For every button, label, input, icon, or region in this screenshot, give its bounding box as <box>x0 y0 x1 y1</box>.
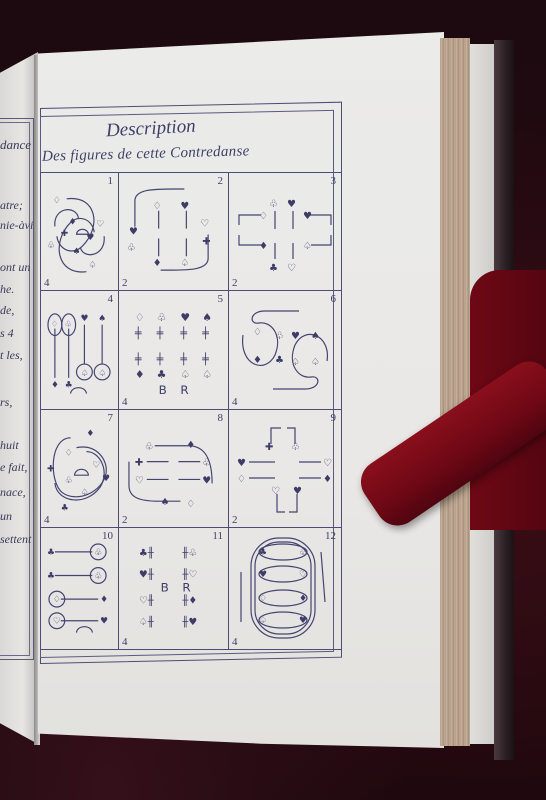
svg-text:♦: ♦ <box>259 241 268 252</box>
figures-grid: 1 4 ♢ ♦ ♡ ♥ ✚ ♠ ♧ ♤ 2 2 <box>40 172 342 650</box>
svg-text:✚: ✚ <box>47 464 54 474</box>
svg-text:✚: ✚ <box>202 236 210 247</box>
svg-text:♡: ♡ <box>53 617 61 627</box>
svg-text:♥: ♥ <box>259 570 267 580</box>
svg-text:♡: ♡ <box>271 486 280 497</box>
svg-text:♢: ♢ <box>253 327 262 338</box>
svg-text:♠: ♠ <box>202 311 212 324</box>
svg-text:R: R <box>182 580 190 594</box>
loop-cross-diagram-icon: ♢ ♥ ♥ ♧ ♡ ✚ ♦ ♤ <box>125 187 222 278</box>
svg-text:♣: ♣ <box>65 381 73 391</box>
spiral-diagram-icon: ♢ ♦ ♡ ♥ ✚ ♠ ♧ ♤ <box>47 187 112 278</box>
svg-text:╪: ╪ <box>179 326 187 340</box>
svg-text:╪: ╪ <box>179 351 187 365</box>
svg-text:♧: ♧ <box>202 458 211 469</box>
svg-text:♧: ♧ <box>269 199 278 210</box>
figure-cell-3: 3 2 ♧ ♥ ♢ ♦ ♥ ♤ ♣ ♡ <box>229 173 341 291</box>
figure-cell-5: 5 4 ♢♧♥♠ ╪╪╪╪ ╪╪╪╪ ♦♣♤♤ B R <box>119 291 229 410</box>
figure-number: 4 <box>108 293 114 305</box>
figure-cell-4: 4 ♢ ♧ ♥ ♠ ♦ ♣ ♤ ♤ <box>41 291 119 410</box>
svg-text:♣: ♣ <box>157 368 167 381</box>
svg-text:♦: ♦ <box>253 355 262 366</box>
svg-text:♤: ♤ <box>303 241 312 252</box>
left-page-line: nace, <box>0 485 36 500</box>
left-page-line: de, <box>0 303 36 318</box>
svg-text:♠: ♠ <box>73 247 81 257</box>
svg-text:♤: ♤ <box>98 369 106 379</box>
svg-text:♥: ♥ <box>287 199 296 210</box>
svg-text:♥: ♥ <box>180 201 189 212</box>
svg-text:♦: ♦ <box>69 217 77 227</box>
svg-text:♢: ♢ <box>259 211 268 222</box>
svg-text:♤: ♤ <box>259 616 267 626</box>
left-page-line: t les, <box>0 348 36 363</box>
svg-text:♣: ♣ <box>61 504 69 514</box>
double-loop-diagram-icon: ♢♧♦♣ ♥♠♤♤ <box>235 305 335 397</box>
ovals-lines-diagram-icon: ♢ ♧ ♥ ♠ ♦ ♣ ♤ ♤ <box>47 305 112 396</box>
square-lines-diagram-icon: ♧ ♥ ♢ ♦ ♥ ♤ ♣ ♡ <box>235 187 335 279</box>
left-page-line: e fait, <box>0 460 36 475</box>
svg-text:♣: ♣ <box>47 571 55 581</box>
svg-text:♣: ♣ <box>275 355 284 366</box>
svg-text:♧: ♧ <box>65 320 72 329</box>
left-page-header: dance <box>0 137 36 153</box>
bracket-arrows-diagram-icon: ✚♧ ♥♡ ♢♦ ♡♥ <box>235 424 335 516</box>
cross-rows-diagram-icon: ♢♧♥♠ ╪╪╪╪ ╪╪╪╪ ♦♣♤♤ B R <box>125 305 222 396</box>
svg-text:♤: ♤ <box>88 261 96 271</box>
svg-text:♧: ♧ <box>145 442 154 453</box>
svg-text:♦: ♦ <box>51 381 59 391</box>
figure-cell-9: 9 2 ✚♧ ♥♡ ♢♦ ♡♥ <box>229 410 341 528</box>
svg-text:♥: ♥ <box>237 458 246 469</box>
figure-corner-number: 4 <box>44 277 50 289</box>
svg-text:✚: ✚ <box>265 442 273 453</box>
svg-text:♥: ♥ <box>291 331 300 342</box>
svg-text:♦: ♦ <box>186 440 195 451</box>
figure-cell-6: 6 4 ♢♧♦♣ ♥♠♤♤ <box>229 291 341 410</box>
svg-text:♢: ♢ <box>186 499 195 510</box>
plate-title: Description <box>105 116 196 143</box>
figure-number: 12 <box>325 530 336 542</box>
svg-text:♥: ♥ <box>180 311 190 324</box>
svg-text:♢: ♢ <box>65 449 73 459</box>
figure-cell-10: 10 ♣♧ ♣♧ ♢♦ ♡♥ <box>41 528 119 649</box>
left-page-line: settent <box>0 532 36 547</box>
svg-text:♣╫: ♣╫ <box>139 546 155 559</box>
svg-text:♢: ♢ <box>51 320 58 329</box>
svg-text:♥: ♥ <box>86 233 94 243</box>
svg-text:╪: ╪ <box>134 351 142 365</box>
left-page-line: rs, <box>0 395 36 410</box>
svg-text:B: B <box>161 580 169 594</box>
svg-text:♥: ♥ <box>303 211 312 222</box>
svg-text:♡: ♡ <box>287 263 296 274</box>
svg-text:♤: ♤ <box>202 368 212 381</box>
svg-text:♧: ♧ <box>94 571 102 581</box>
svg-text:♤: ♤ <box>80 369 88 379</box>
svg-text:♥: ♥ <box>102 474 110 484</box>
svg-text:♢: ♢ <box>153 201 162 212</box>
nested-ovals-diagram-icon: ♣♧ ♥♡ ♢♦ ♤♥ <box>235 542 335 634</box>
svg-text:♡: ♡ <box>299 570 307 580</box>
figure-cell-11: 11 4 ♣╫╫♧ ♥╫╫♡ ♡╫╫♦ ♤╫╫♥ B R <box>119 528 229 649</box>
left-page-line: ont un <box>0 260 36 275</box>
figure-corner-number: 4 <box>122 636 128 648</box>
svg-text:♥: ♥ <box>100 617 108 627</box>
svg-text:♢: ♢ <box>53 196 61 206</box>
svg-text:♠: ♠ <box>311 331 320 342</box>
figure-number: 3 <box>331 175 337 187</box>
arrows-rows-diagram-icon: ♧♦ ✚♧ ♡♥ ♠♢ <box>125 424 222 515</box>
svg-text:♠: ♠ <box>98 314 106 324</box>
svg-text:♧: ♧ <box>47 241 55 251</box>
figure-cell-2: 2 2 ♢ ♥ ♥ ♧ ♡ ✚ ♦ ♤ <box>119 173 229 291</box>
figure-number: 10 <box>102 530 113 542</box>
svg-text:♥: ♥ <box>293 486 302 497</box>
svg-text:♦: ♦ <box>100 595 108 605</box>
svg-text:✚: ✚ <box>135 458 143 469</box>
left-page-line: huit <box>0 438 36 453</box>
svg-text:♦: ♦ <box>153 258 162 269</box>
svg-text:♡: ♡ <box>96 219 104 229</box>
figure-number: 8 <box>218 412 224 424</box>
figure-cell-12: 12 4 ♣♧ ♥♡ ♢♦ ♤♥ <box>229 528 341 649</box>
figure-corner-number: 4 <box>122 396 128 408</box>
svg-text:♧: ♧ <box>299 548 307 558</box>
figure-corner-number: 2 <box>122 277 128 289</box>
svg-text:♧: ♧ <box>65 476 73 486</box>
svg-text:♤: ♤ <box>291 357 300 368</box>
cross-pairs-diagram-icon: ♣╫╫♧ ♥╫╫♡ ♡╫╫♦ ♤╫╫♥ B R <box>125 542 222 633</box>
svg-text:♢: ♢ <box>135 311 145 324</box>
svg-text:♥╫: ♥╫ <box>139 568 155 581</box>
circle-around-diagram-icon: ♦♢♡✚ ♧♥♤♣ <box>47 424 112 515</box>
svg-text:╫♥: ╫♥ <box>181 615 197 628</box>
svg-text:♢: ♢ <box>259 594 267 604</box>
figure-cell-1: 1 4 ♢ ♦ ♡ ♥ ✚ ♠ ♧ ♤ <box>41 173 119 291</box>
figure-number: 5 <box>218 293 224 305</box>
svg-text:R: R <box>180 383 188 397</box>
svg-text:╪: ╪ <box>201 326 209 340</box>
svg-text:♢: ♢ <box>237 474 246 485</box>
figure-number: 6 <box>331 293 337 305</box>
left-page-line: s 4 <box>0 326 36 341</box>
svg-text:♡: ♡ <box>323 458 332 469</box>
left-page-line: un <box>0 509 36 524</box>
svg-text:♤╫: ♤╫ <box>139 615 155 628</box>
svg-text:♧: ♧ <box>275 331 284 342</box>
figure-corner-number: 4 <box>232 636 238 648</box>
figure-cell-7: 7 4 ♦♢♡✚ ♧♥♤♣ <box>41 410 119 528</box>
svg-text:♧: ♧ <box>291 442 300 453</box>
figure-number: 9 <box>331 412 337 424</box>
svg-text:♥: ♥ <box>129 227 138 238</box>
lines-loops-diagram-icon: ♣♧ ♣♧ ♢♦ ♡♥ <box>47 542 112 633</box>
svg-text:✚: ✚ <box>61 229 68 239</box>
svg-text:♥: ♥ <box>80 314 88 324</box>
left-page-line: nie-àvis <box>0 218 36 233</box>
svg-text:♦: ♦ <box>86 429 94 439</box>
svg-text:╪: ╪ <box>134 326 142 340</box>
svg-text:♧: ♧ <box>127 242 136 253</box>
svg-text:╫♧: ╫♧ <box>181 546 197 559</box>
svg-text:B: B <box>159 383 167 397</box>
figure-corner-number: 2 <box>122 514 128 526</box>
figure-number: 1 <box>108 175 114 187</box>
svg-text:♣: ♣ <box>47 548 55 558</box>
svg-text:♦: ♦ <box>135 368 145 381</box>
svg-text:♦: ♦ <box>299 594 307 604</box>
svg-text:╪: ╪ <box>201 351 209 365</box>
svg-text:♤: ♤ <box>80 488 88 498</box>
svg-text:♡: ♡ <box>200 219 209 230</box>
svg-text:♧: ♧ <box>157 311 167 324</box>
left-page-line: atre; <box>0 198 36 213</box>
svg-text:♣: ♣ <box>259 548 267 558</box>
svg-text:♧: ♧ <box>94 548 102 558</box>
svg-text:♣: ♣ <box>269 263 278 274</box>
svg-text:♡: ♡ <box>92 460 100 470</box>
svg-text:♤: ♤ <box>180 368 190 381</box>
svg-text:╫♦: ╫♦ <box>181 593 197 606</box>
svg-text:♡╫: ♡╫ <box>139 593 155 606</box>
svg-text:╪: ╪ <box>156 326 164 340</box>
figure-number: 7 <box>108 412 114 424</box>
svg-text:♦: ♦ <box>323 474 332 485</box>
svg-text:♤: ♤ <box>311 357 320 368</box>
svg-text:╪: ╪ <box>156 351 164 365</box>
engraved-plate: Description Des figures de cette Contred… <box>38 104 342 662</box>
svg-text:╫♡: ╫♡ <box>181 568 197 581</box>
svg-text:♥: ♥ <box>299 616 307 626</box>
figure-cell-8: 8 2 ♧♦ ✚♧ ♡♥ ♠♢ <box>119 410 229 528</box>
svg-text:♥: ♥ <box>202 475 211 486</box>
svg-text:♢: ♢ <box>53 595 61 605</box>
svg-text:♡: ♡ <box>135 475 144 486</box>
figure-corner-number: 4 <box>44 514 50 526</box>
svg-text:♠: ♠ <box>161 497 170 508</box>
figure-number: 2 <box>218 175 224 187</box>
figure-corner-number: 4 <box>232 396 238 408</box>
left-page-line: he. <box>0 282 36 297</box>
svg-text:♤: ♤ <box>180 258 189 269</box>
figure-number: 11 <box>212 530 223 542</box>
page-edges <box>440 38 470 746</box>
